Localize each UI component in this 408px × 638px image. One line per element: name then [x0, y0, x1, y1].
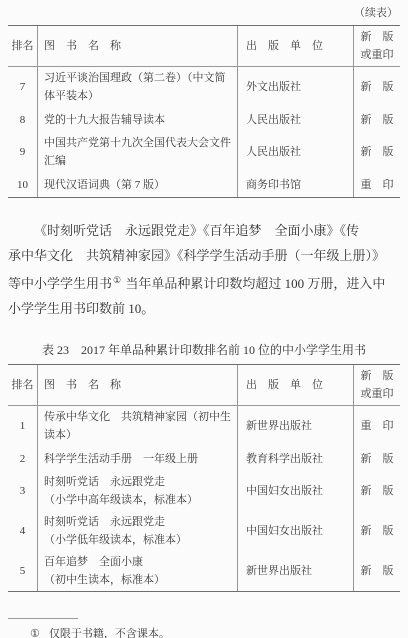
page-container: （续表） 排名 图 书 名 称 出 版 单 位 新 版 或重印 7 习近平谈治国… [0, 0, 408, 638]
edition-status-cell: 重 印 [353, 172, 400, 197]
rank-cell: 5 [8, 551, 37, 591]
footnote-separator [8, 618, 78, 619]
publisher-cell: 人民出版社 [237, 107, 353, 132]
book-title-cell: 习近平谈治国理政（第二卷）（中文简体平装本） [37, 67, 237, 107]
edition-status-header-cell: 新 版 或重印 [353, 26, 400, 67]
body-paragraph: 《时刻听党话 永远跟党走》《百年追梦 全面小康》《传 承中华文化 共筑精神家园》… [8, 218, 400, 321]
rank-cell: 4 [8, 511, 37, 551]
book-title-cell: 时刻听党话 永远跟党走 （小学中高年级读本，标准本） [37, 471, 237, 511]
book-title-cell: 传承中华文化 共筑精神家园（初中生读本） [37, 406, 237, 446]
edition-status-cell: 重 印 [353, 406, 400, 446]
book-title-header-cell: 图 书 名 称 [37, 365, 237, 406]
book-title-cell: 时刻听党话 永远跟党走 （小学低年级读本，标准本） [37, 511, 237, 551]
publisher-header-cell: 出 版 单 位 [237, 365, 353, 406]
footnote-reference-superscript: ① [113, 275, 121, 285]
rank-header-cell: 排名 [8, 365, 37, 406]
book-title-cell: 科学学生活动手册 一年级上册 [37, 446, 237, 471]
edition-status-cell: 新 版 [353, 511, 400, 551]
publisher-cell: 外文出版社 [237, 67, 353, 107]
publisher-cell: 中国妇女出版社 [237, 471, 353, 511]
edition-status-header-cell: 新 版 或重印 [353, 365, 400, 406]
book-title-cell: 百年追梦 全面小康 （初中生读本，标准本） [37, 551, 237, 591]
rank-cell: 2 [8, 446, 37, 471]
footnote-marker: ① [30, 627, 40, 638]
edition-status-cell: 新 版 [353, 107, 400, 132]
edition-status-cell: 新 版 [353, 67, 400, 107]
edition-status-cell: 新 版 [353, 551, 400, 591]
book-title-header-cell: 图 书 名 称 [37, 26, 237, 67]
publisher-cell: 新世界出版社 [237, 406, 353, 446]
book-title-cell: 党的十九大报告辅导读本 [37, 107, 237, 132]
book-title-cell: 现代汉语词典（第 7 版） [37, 172, 237, 197]
book-print-rank-table-continued: 排名 图 书 名 称 出 版 单 位 新 版 或重印 7 习近平谈治国理政（第二… [8, 25, 400, 198]
footnote-text: 仅限于书籍，不含课本。 [49, 628, 170, 638]
publisher-cell: 商务印书馆 [237, 172, 353, 197]
publisher-header-cell: 出 版 单 位 [237, 26, 353, 67]
publisher-cell: 中国妇女出版社 [237, 511, 353, 551]
rank-cell: 1 [8, 406, 37, 446]
book-title-cell: 中国共产党第十九次全国代表大会文件汇编 [37, 132, 237, 172]
rank-cell: 3 [8, 471, 37, 511]
continued-table-label: （续表） [8, 6, 400, 21]
rank-cell: 8 [8, 107, 37, 132]
edition-status-cell: 新 版 [353, 446, 400, 471]
rank-cell: 7 [8, 67, 37, 107]
publisher-cell: 新世界出版社 [237, 551, 353, 591]
publisher-cell: 人民出版社 [237, 132, 353, 172]
edition-status-cell: 新 版 [353, 471, 400, 511]
footnote: ①仅限于书籍，不含课本。 [30, 627, 400, 638]
rank-cell: 10 [8, 172, 37, 197]
rank-header-cell: 排名 [8, 26, 37, 67]
rank-cell: 9 [8, 132, 37, 172]
table-23-caption: 表 23 2017 年单品种累计印数排名前 10 位的中小学学生用书 [8, 343, 400, 358]
edition-status-cell: 新 版 [353, 132, 400, 172]
student-book-print-rank-table: 排名 图 书 名 称 出 版 单 位 新 版 或重印 1 传承中华文化 共筑精神… [8, 364, 400, 592]
publisher-cell: 教育科学出版社 [237, 446, 353, 471]
